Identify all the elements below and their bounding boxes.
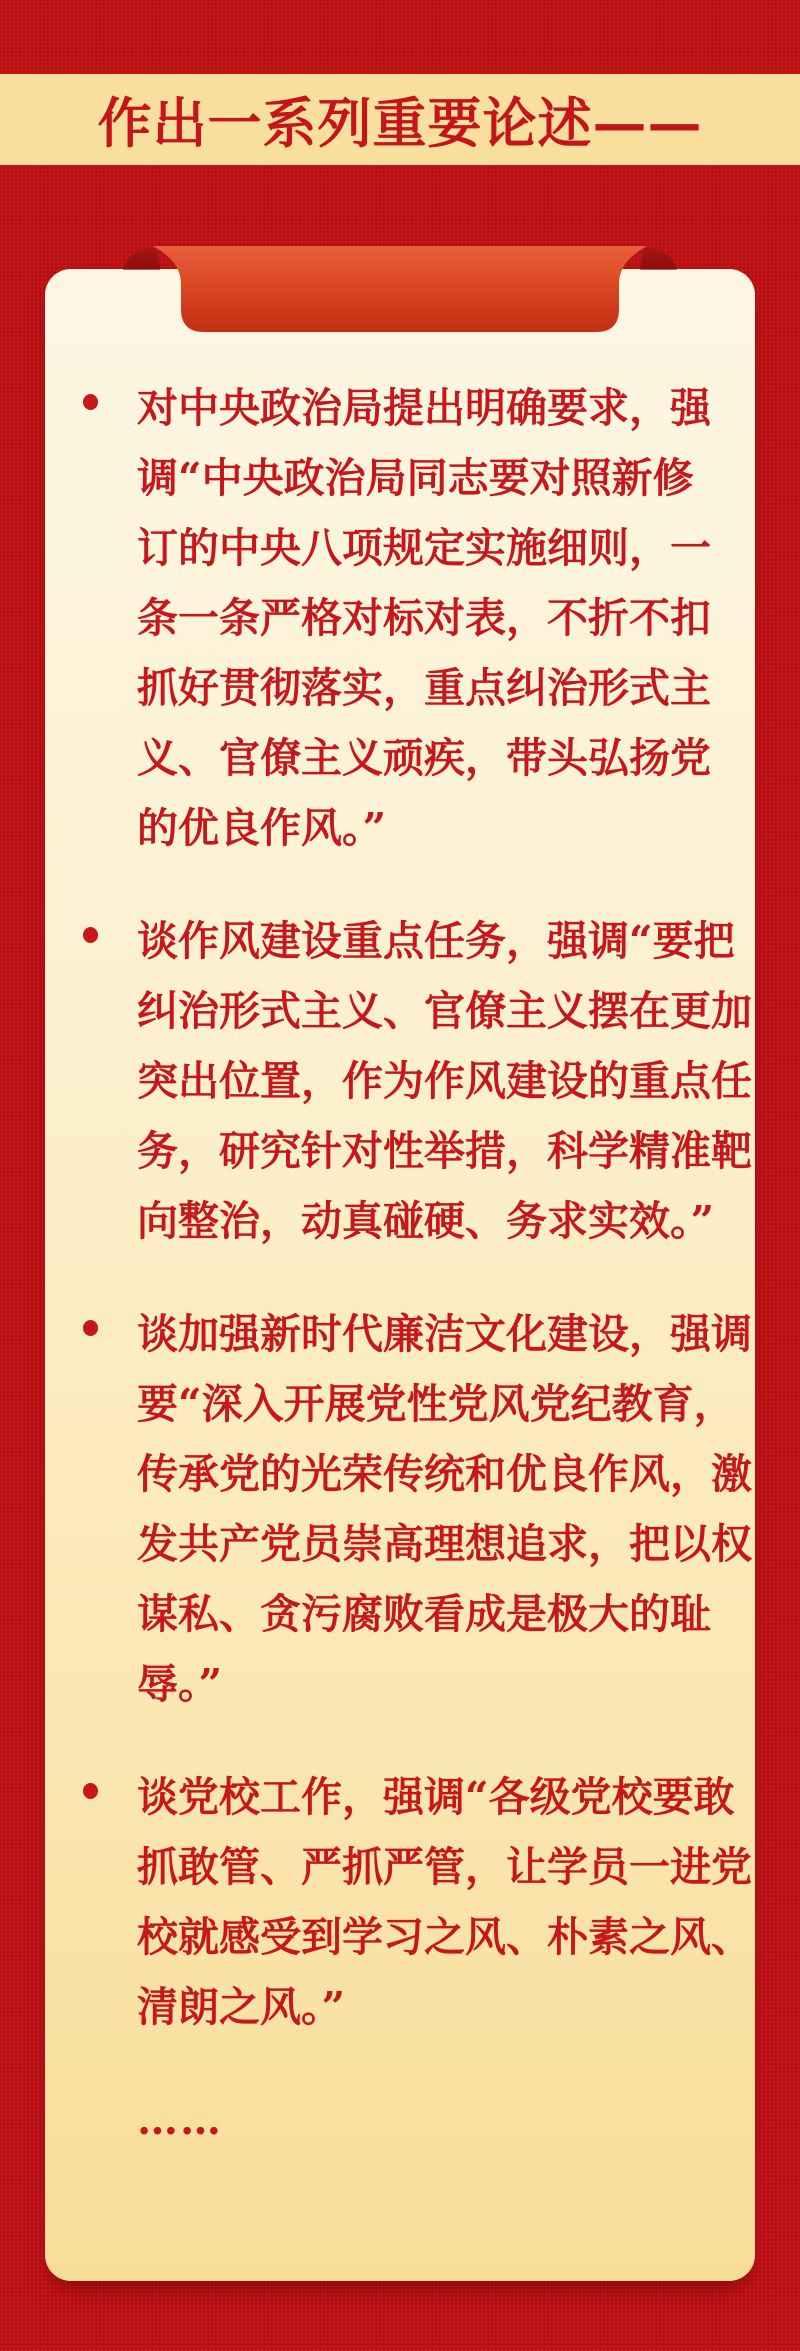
bullet-line: 要“深入开展党性党风党纪教育， xyxy=(137,1369,752,1439)
bullet-line: 订的中央八项规定实施细则，一 xyxy=(137,513,711,583)
content-card-wrap: 对中央政治局提出明确要求，强调“中央政治局同志要对照新修订的中央八项规定实施细则… xyxy=(45,269,755,2281)
bullet-line: 突出位置，作为作风建设的重点任 xyxy=(137,1046,752,1116)
bullet-line: 谋私、贪污腐败看成是极大的耻 xyxy=(137,1579,752,1649)
bullet-dot-icon xyxy=(83,1320,98,1336)
bullet-line: 务，研究针对性举措，科学精准靶 xyxy=(137,1116,752,1186)
bullet-line: 抓敢管、严抓严管，让学员一进党 xyxy=(137,1832,752,1902)
ribbon-decoration-icon xyxy=(110,241,690,341)
poster-page: 作出一系列重要论述—— 对中央政治局提出明确要求，强调“中央政治局同志要对照新修… xyxy=(0,0,800,2351)
ellipsis-text: …… xyxy=(137,2085,755,2155)
bullet-line: 发共产党员崇高理想追求，把以权 xyxy=(137,1509,752,1579)
bullet-line: 向整治，动真碰硬、务求实效。” xyxy=(137,1186,752,1256)
bullet-line: 谈党校工作，强调“各级党校要敢 xyxy=(137,1762,752,1832)
bullet-line: 对中央政治局提出明确要求，强 xyxy=(137,373,711,443)
bullet-dot-icon xyxy=(83,1783,98,1799)
bullet-line: 辱。” xyxy=(137,1649,752,1719)
content-card: 对中央政治局提出明确要求，强调“中央政治局同志要对照新修订的中央八项规定实施细则… xyxy=(45,269,755,2281)
bullet-lines: 对中央政治局提出明确要求，强调“中央政治局同志要对照新修订的中央八项规定实施细则… xyxy=(137,373,711,863)
bullet-item: 对中央政治局提出明确要求，强调“中央政治局同志要对照新修订的中央八项规定实施细则… xyxy=(45,373,755,863)
bullet-line: 义、官僚主义顽疾，带头弘扬党 xyxy=(137,723,711,793)
ribbon-fold-left xyxy=(123,247,160,270)
bullet-line: 条一条严格对标对表，不折不扣 xyxy=(137,583,711,653)
ribbon-body xyxy=(153,246,647,332)
bullet-dot-icon xyxy=(83,394,98,410)
page-title: 作出一系列重要论述—— xyxy=(98,81,703,158)
bullet-dot-icon xyxy=(83,927,98,943)
bullet-item: 谈作风建设重点任务，强调“要把纠治形式主义、官僚主义摆在更加突出位置，作为作风建… xyxy=(45,906,755,1256)
ribbon-fold-right xyxy=(640,247,677,270)
title-banner: 作出一系列重要论述—— xyxy=(0,74,800,165)
bullet-list: 对中央政治局提出明确要求，强调“中央政治局同志要对照新修订的中央八项规定实施细则… xyxy=(45,373,755,2042)
bullet-line: 清朗之风。” xyxy=(137,1972,752,2042)
bullet-line: 校就感受到学习之风、朴素之风、 xyxy=(137,1902,752,1972)
bullet-line: 的优良作风。” xyxy=(137,793,711,863)
bullet-item: 谈加强新时代廉洁文化建设，强调要“深入开展党性党风党纪教育，传承党的光荣传统和优… xyxy=(45,1299,755,1719)
bullet-lines: 谈党校工作，强调“各级党校要敢抓敢管、严抓严管，让学员一进党校就感受到学习之风、… xyxy=(137,1762,752,2042)
bullet-lines: 谈加强新时代廉洁文化建设，强调要“深入开展党性党风党纪教育，传承党的光荣传统和优… xyxy=(137,1299,752,1719)
bullet-line: 纠治形式主义、官僚主义摆在更加 xyxy=(137,976,752,1046)
bullet-line: 谈作风建设重点任务，强调“要把 xyxy=(137,906,752,976)
bullet-line: 调“中央政治局同志要对照新修 xyxy=(137,443,711,513)
bullet-line: 谈加强新时代廉洁文化建设，强调 xyxy=(137,1299,752,1369)
bullet-line: 传承党的光荣传统和优良作风，激 xyxy=(137,1439,752,1509)
bullet-line: 抓好贯彻落实，重点纠治形式主 xyxy=(137,653,711,723)
bullet-item: 谈党校工作，强调“各级党校要敢抓敢管、严抓严管，让学员一进党校就感受到学习之风、… xyxy=(45,1762,755,2042)
bullet-lines: 谈作风建设重点任务，强调“要把纠治形式主义、官僚主义摆在更加突出位置，作为作风建… xyxy=(137,906,752,1256)
